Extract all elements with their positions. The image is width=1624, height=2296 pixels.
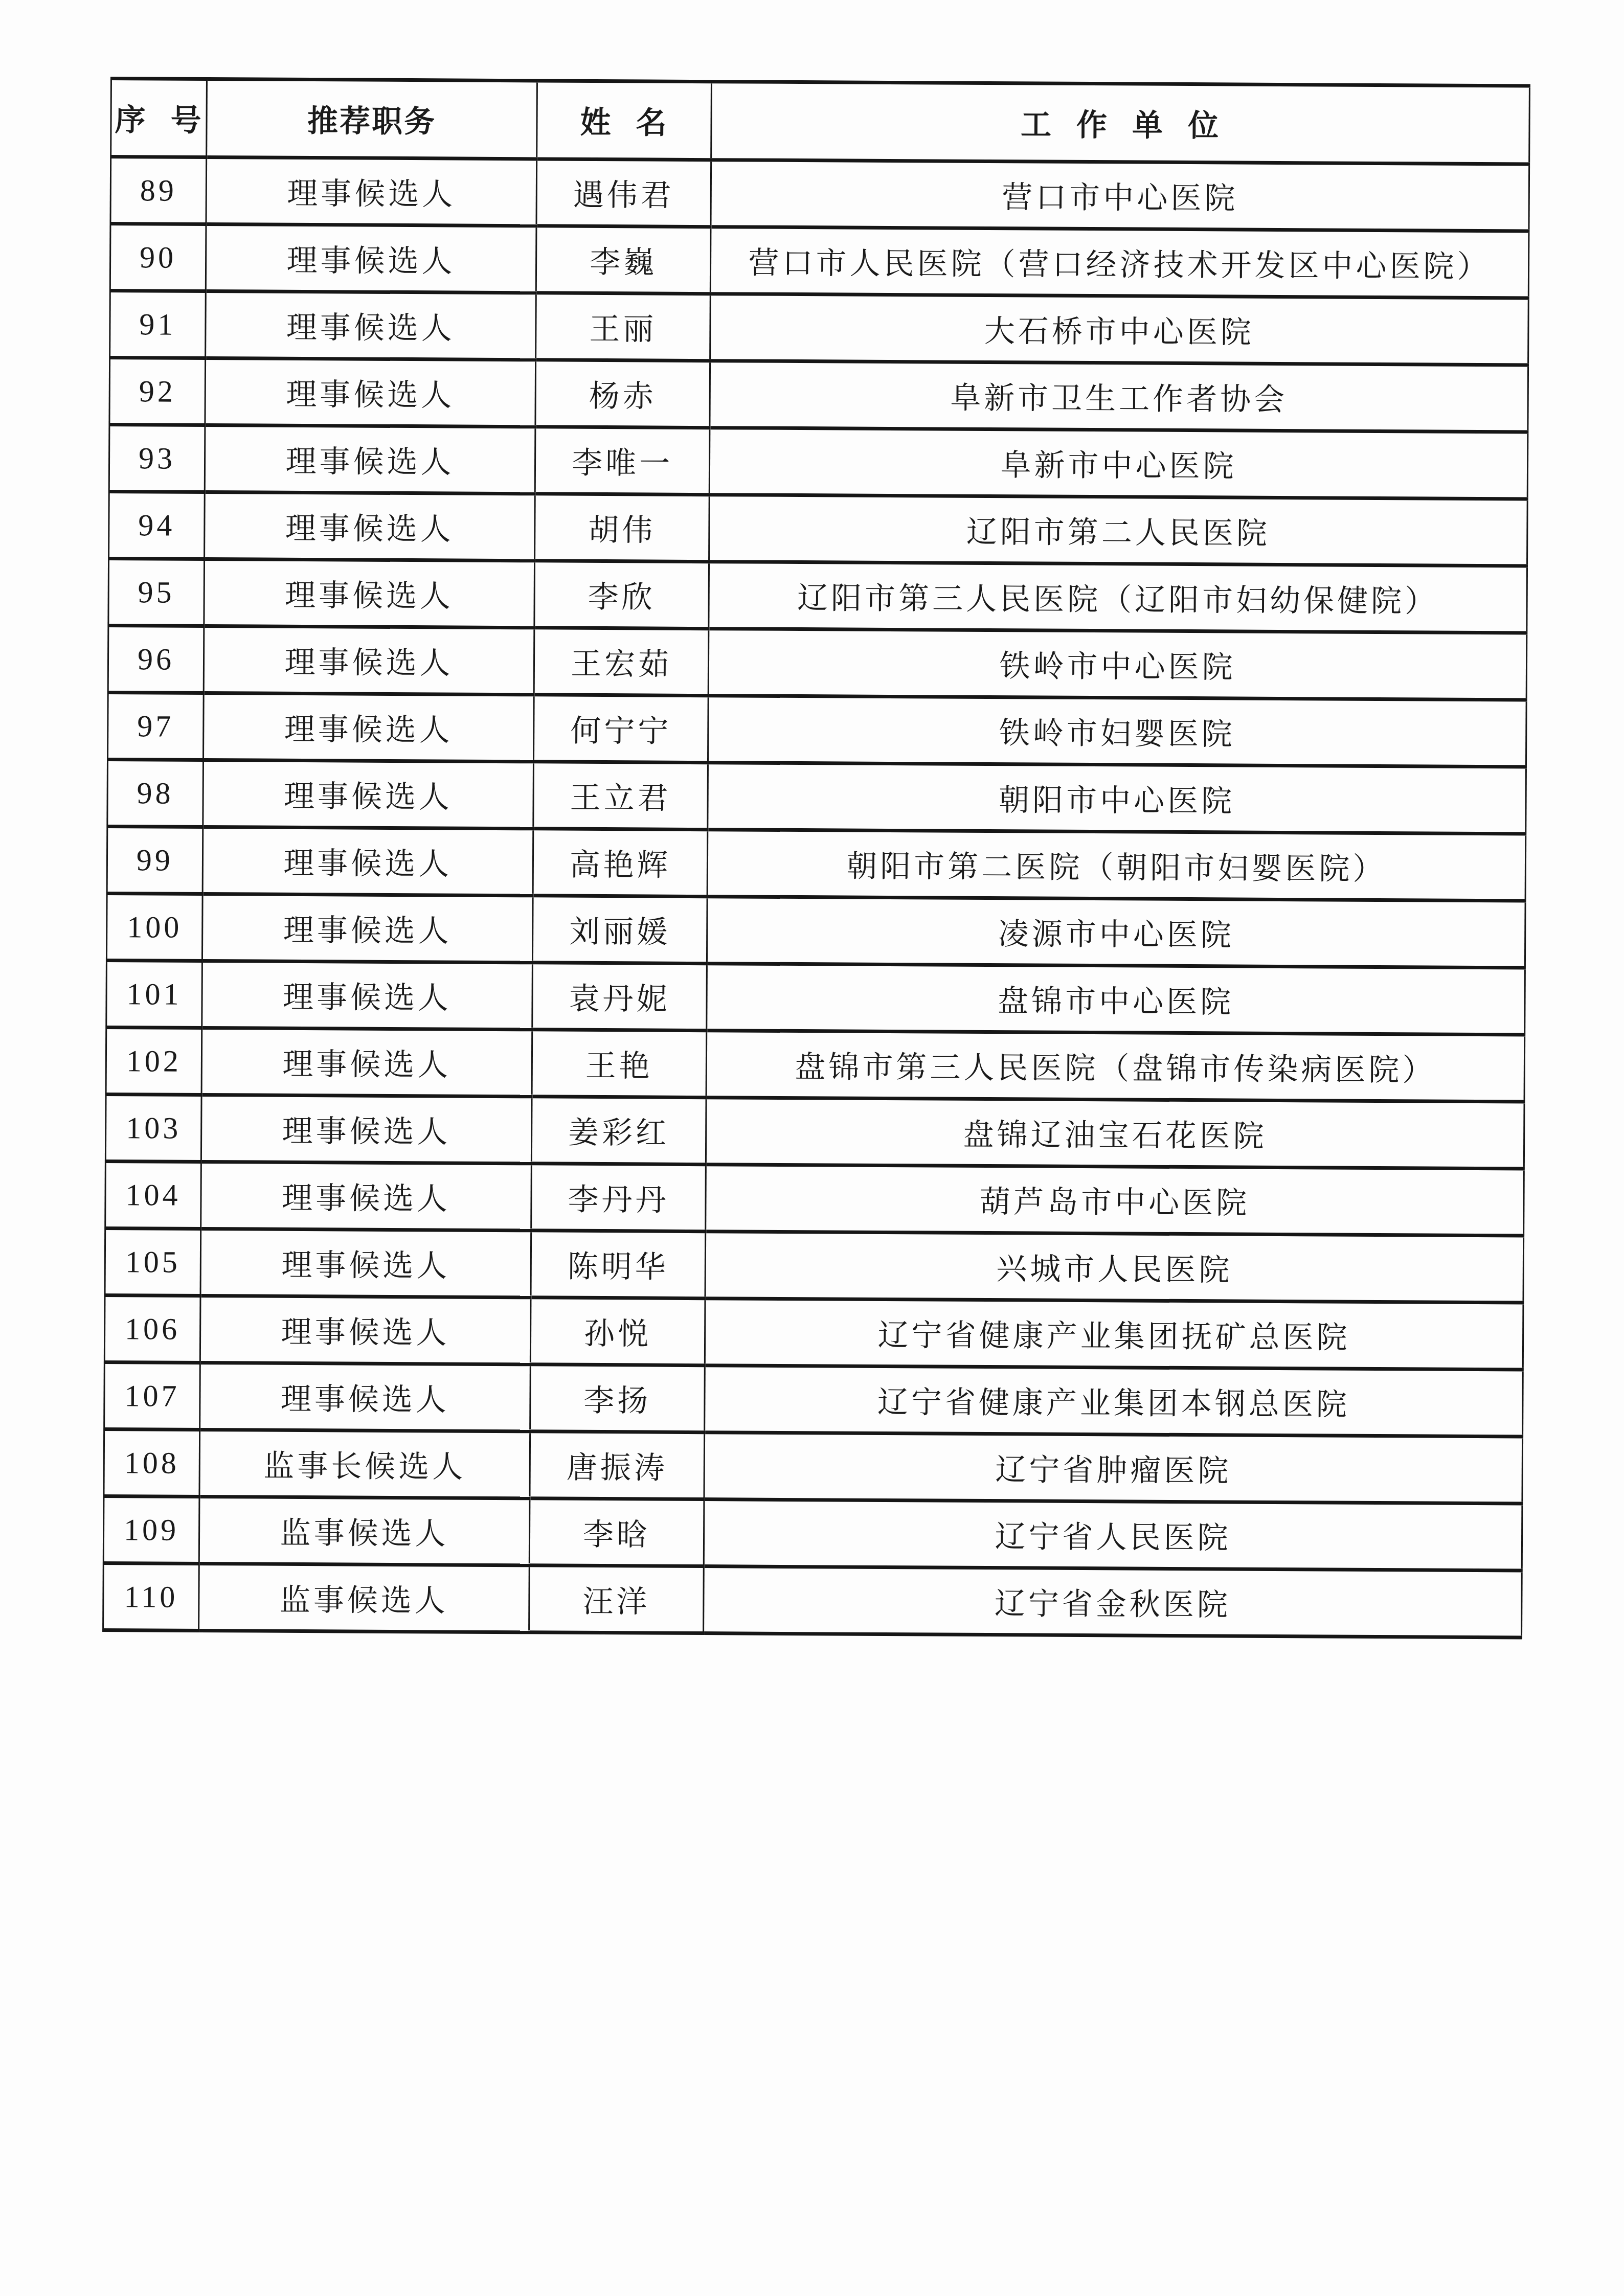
table-row: 90理事候选人李巍营口市人民医院（营口经济技术开发区中心医院）	[110, 224, 1529, 299]
table-header-row: 序 号 推荐职务 姓 名 工 作 单 位	[111, 79, 1530, 165]
cell-unit: 朝阳市中心医院	[708, 763, 1526, 834]
cell-name: 李丹丹	[531, 1164, 706, 1232]
cell-name: 胡伟	[535, 494, 710, 562]
cell-position: 理事候选人	[200, 1295, 531, 1364]
cell-unit: 营口市人民医院（营口经济技术开发区中心医院）	[710, 227, 1529, 298]
cell-name: 杨赤	[535, 360, 710, 428]
cell-unit: 铁岭市中心医院	[708, 629, 1527, 700]
cell-no: 101	[106, 960, 202, 1028]
cell-unit: 辽宁省健康产业集团本钢总医院	[705, 1366, 1523, 1437]
cell-name: 高艳辉	[533, 829, 708, 897]
cell-unit: 阜新市卫生工作者协会	[710, 361, 1528, 432]
cell-name: 李巍	[536, 226, 711, 294]
cell-name: 李唯一	[535, 427, 710, 495]
table-row: 110监事候选人汪洋辽宁省金秋医院	[103, 1563, 1522, 1638]
cell-no: 98	[107, 759, 204, 827]
table-row: 92理事候选人杨赤阜新市卫生工作者协会	[109, 358, 1528, 433]
cell-name: 何宁宁	[533, 695, 708, 763]
header-cell-position: 推荐职务	[207, 79, 537, 158]
table-row: 89理事候选人遇伟君营口市中心医院	[110, 157, 1529, 232]
cell-no: 103	[105, 1094, 201, 1162]
cell-position: 理事候选人	[205, 492, 535, 560]
cell-unit: 辽宁省人民医院	[704, 1499, 1522, 1571]
cell-name: 李扬	[530, 1365, 705, 1433]
cell-position: 理事候选人	[200, 1229, 531, 1297]
cell-name: 王宏茹	[534, 628, 709, 696]
cell-position: 理事候选人	[206, 291, 536, 359]
table-row: 102理事候选人王艳盘锦市第三人民医院（盘锦市传染病医院）	[106, 1027, 1525, 1102]
cell-name: 刘丽媛	[532, 896, 707, 964]
table-row: 96理事候选人王宏茹铁岭市中心医院	[108, 625, 1527, 700]
cell-no: 102	[106, 1027, 202, 1095]
cell-name: 王丽	[536, 293, 711, 361]
cell-no: 94	[109, 491, 205, 559]
table-body: 89理事候选人遇伟君营口市中心医院90理事候选人李巍营口市人民医院（营口经济技术…	[103, 157, 1529, 1638]
cell-name: 遇伟君	[536, 159, 711, 227]
header-cell-no: 序 号	[111, 79, 207, 157]
table-row: 109监事候选人李晗辽宁省人民医院	[103, 1496, 1522, 1571]
table-row: 91理事候选人王丽大石桥市中心医院	[110, 291, 1529, 366]
cell-position: 理事候选人	[202, 827, 533, 895]
cell-name: 袁丹妮	[532, 963, 707, 1031]
cell-position: 理事候选人	[203, 760, 534, 828]
table-row: 98理事候选人王立君朝阳市中心医院	[107, 759, 1526, 834]
table-row: 97理事候选人何宁宁铁岭市妇婴医院	[108, 692, 1527, 767]
table-row: 101理事候选人袁丹妮盘锦市中心医院	[106, 960, 1525, 1035]
cell-name: 陈明华	[531, 1231, 706, 1299]
cell-unit: 辽宁省肿瘤医院	[704, 1433, 1523, 1504]
cell-position: 理事候选人	[201, 1162, 532, 1230]
cell-no: 108	[104, 1429, 200, 1496]
table-row: 106理事候选人孙悦辽宁省健康产业集团抚矿总医院	[104, 1295, 1523, 1370]
header-cell-name: 姓 名	[537, 81, 712, 160]
cell-name: 姜彩红	[531, 1097, 706, 1165]
cell-unit: 兴城市人民医院	[705, 1232, 1524, 1303]
cell-no: 92	[109, 358, 206, 425]
table-row: 103理事候选人姜彩红盘锦辽油宝石花医院	[105, 1094, 1524, 1169]
cell-unit: 葫芦岛市中心医院	[706, 1165, 1524, 1236]
cell-no: 105	[105, 1228, 201, 1295]
cell-name: 李晗	[529, 1498, 704, 1566]
cell-position: 理事候选人	[202, 894, 533, 962]
table-row: 105理事候选人陈明华兴城市人民医院	[105, 1228, 1524, 1303]
cell-position: 理事候选人	[205, 358, 536, 426]
cell-name: 唐振涛	[530, 1431, 705, 1499]
document-page: 序 号 推荐职务 姓 名 工 作 单 位 89理事候选人遇伟君营口市中心医院90…	[0, 0, 1624, 2296]
cell-no: 90	[110, 224, 206, 291]
cell-unit: 辽宁省健康产业集团抚矿总医院	[705, 1299, 1523, 1370]
cell-unit: 凌源市中心医院	[707, 897, 1525, 968]
cell-unit: 阜新市中心医院	[709, 428, 1528, 499]
cell-unit: 辽阳市第二人民医院	[709, 495, 1528, 566]
table-row: 93理事候选人李唯一阜新市中心医院	[109, 424, 1528, 499]
cell-no: 99	[107, 826, 203, 894]
cell-unit: 营口市中心医院	[711, 160, 1529, 231]
cell-unit: 辽宁省金秋医院	[704, 1566, 1522, 1638]
cell-unit: 铁岭市妇婴医院	[708, 696, 1526, 767]
table-row: 94理事候选人胡伟辽阳市第二人民医院	[109, 491, 1528, 566]
cell-no: 95	[108, 558, 205, 626]
table-row: 99理事候选人高艳辉朝阳市第二医院（朝阳市妇婴医院）	[107, 826, 1526, 901]
cell-no: 100	[106, 893, 202, 961]
table-row: 104理事候选人李丹丹葫芦岛市中心医院	[105, 1161, 1524, 1236]
cell-position: 理事候选人	[200, 1362, 531, 1431]
cell-no: 91	[110, 291, 206, 358]
cell-no: 96	[108, 625, 204, 693]
cell-unit: 朝阳市第二医院（朝阳市妇婴医院）	[707, 830, 1526, 901]
cell-position: 监事候选人	[199, 1496, 530, 1565]
cell-position: 理事候选人	[206, 157, 537, 225]
cell-no: 110	[103, 1563, 199, 1630]
cell-unit: 盘锦市中心医院	[707, 964, 1525, 1035]
cell-position: 理事候选人	[205, 425, 535, 493]
cell-position: 理事候选人	[206, 224, 536, 292]
cell-position: 理事候选人	[201, 1095, 532, 1163]
table-row: 95理事候选人李欣辽阳市第三人民医院（辽阳市妇幼保健院）	[108, 558, 1527, 633]
cell-no: 109	[103, 1496, 199, 1563]
cell-unit: 大石桥市中心医院	[710, 294, 1529, 365]
cell-name: 孙悦	[530, 1298, 705, 1366]
cell-position: 理事候选人	[204, 559, 535, 627]
cell-no: 104	[105, 1161, 201, 1229]
candidates-table: 序 号 推荐职务 姓 名 工 作 单 位 89理事候选人遇伟君营口市中心医院90…	[102, 77, 1530, 1639]
cell-position: 理事候选人	[201, 1028, 532, 1096]
cell-name: 王艳	[532, 1030, 707, 1098]
cell-name: 汪洋	[529, 1565, 704, 1633]
cell-no: 106	[104, 1295, 200, 1362]
cell-position: 监事长候选人	[199, 1429, 530, 1498]
cell-position: 理事候选人	[204, 626, 534, 694]
cell-unit: 盘锦市第三人民医院（盘锦市传染病医院）	[706, 1031, 1525, 1102]
table-row: 107理事候选人李扬辽宁省健康产业集团本钢总医院	[104, 1362, 1523, 1437]
cell-no: 97	[108, 692, 204, 760]
cell-no: 107	[104, 1362, 200, 1429]
cell-no: 89	[110, 157, 207, 224]
cell-position: 理事候选人	[202, 961, 533, 1029]
table-row: 100理事候选人刘丽媛凌源市中心医院	[106, 893, 1525, 968]
cell-unit: 辽阳市第三人民医院（辽阳市妇幼保健院）	[709, 562, 1527, 633]
table-row: 108监事长候选人唐振涛辽宁省肿瘤医院	[104, 1429, 1523, 1504]
cell-unit: 盘锦辽油宝石花医院	[706, 1098, 1524, 1169]
header-cell-unit: 工 作 单 位	[711, 82, 1530, 164]
cell-name: 李欣	[534, 561, 709, 629]
cell-position: 理事候选人	[204, 693, 534, 761]
cell-no: 93	[109, 424, 205, 492]
cell-name: 王立君	[533, 762, 708, 830]
cell-position: 监事候选人	[199, 1563, 530, 1632]
